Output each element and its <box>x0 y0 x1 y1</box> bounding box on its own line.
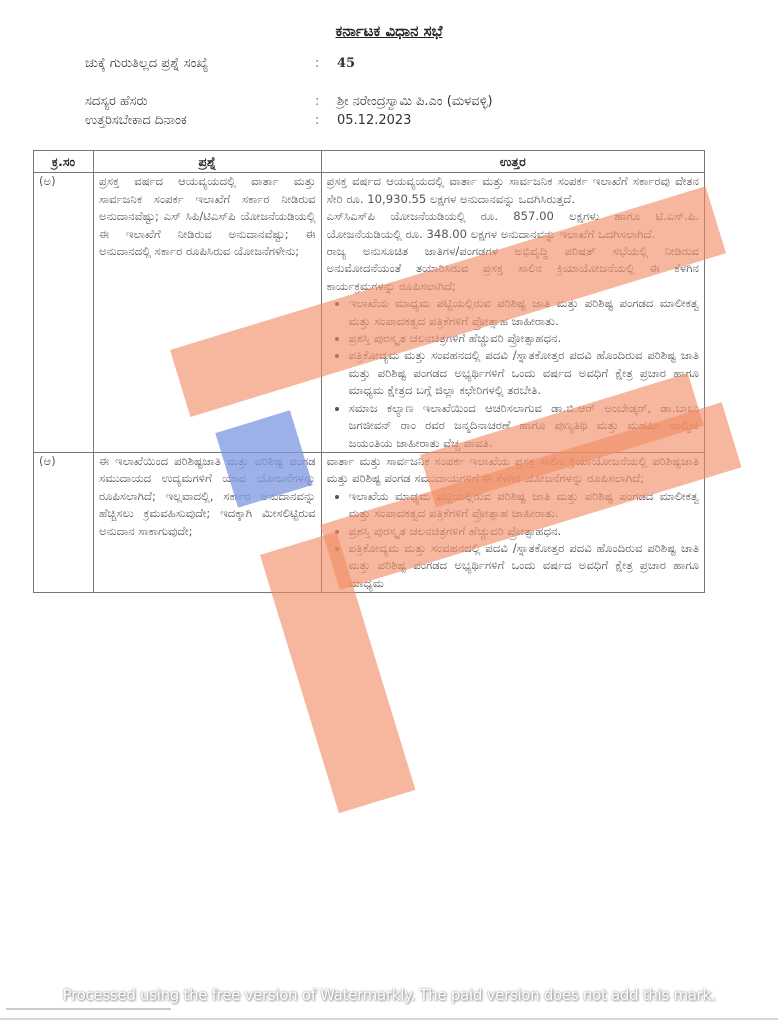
answer-paragraph: ರಾಜ್ಯ ಅನುಸೂಚಿತ ಜಾತಿಗಳ/ಪಂಗಡಗಳ ಅಭಿವೃದ್ಧಿ ಪ… <box>327 243 699 295</box>
list-item: ಪ್ರಶಸ್ತಿ ಪುರಸ್ಕೃತ ಚಲನಚಿತ್ರಗಳಿಗೆ ಹೆಚ್ಚುವರ… <box>349 523 699 540</box>
list-item: ಪ್ರಶಸ್ತಿ ಪುರಸ್ಕೃತ ಚಲನಚಿತ್ರಗಳಿಗೆ ಹೆಚ್ಚುವರ… <box>349 330 699 347</box>
watermark-footer-text: Processed using the free version of Wate… <box>0 986 778 1004</box>
row-question: ಪ್ರಸಕ್ತ ವರ್ಷದ ಆಯವ್ಯಯದಲ್ಲಿ ವಾರ್ತಾ ಮತ್ತು ಸ… <box>93 173 321 453</box>
document-title: ಕರ್ನಾಟಕ ವಿಧಾನ ಸಭೆ <box>0 22 778 40</box>
answer-bullet-list: ಇಲಾಖೆಯ ಮಾಧ್ಯಮ ಪಟ್ಟಿಯಲ್ಲಿರುವ ಪರಿಶಿಷ್ಟ ಜಾತ… <box>327 488 699 592</box>
list-item: ಪತ್ರಿಕೋದ್ಯಮ ಮತ್ತು ಸಂವಹನದಲ್ಲಿ ಪದವಿ /ಸ್ನಾತ… <box>349 540 699 592</box>
row-answer: ಪ್ರಸಕ್ತ ವರ್ಷದ ಆಯವ್ಯಯದಲ್ಲಿ ವಾರ್ತಾ ಮತ್ತು ಸ… <box>321 173 704 453</box>
meta-separator: : <box>315 113 337 128</box>
answer-paragraph: ಪ್ರಸಕ್ತ ವರ್ಷದ ಆಯವ್ಯಯದಲ್ಲಿ ವಾರ್ತಾ ಮತ್ತು ಸ… <box>327 173 699 208</box>
answer-paragraph: ವಾರ್ತಾ ಮತ್ತು ಸಾರ್ವಜನಿಕ ಸಂಪರ್ಕ ಇಲಾಖೆಯ ಪ್ರ… <box>327 453 699 488</box>
answer-bullet-list: ಇಲಾಖೆಯ ಮಾಧ್ಯಮ ಪಟ್ಟಿಯಲ್ಲಿರುವ ಪರಿಶಿಷ್ಟ ಜಾತ… <box>327 295 699 452</box>
row-question: ಈ ಇಲಾಖೆಯಿಂದ ಪರಿಶಿಷ್ಟಜಾತಿ ಮತ್ತು ಪರಿಶಿಷ್ಟ … <box>93 452 321 592</box>
meta-value: 45 <box>337 56 355 71</box>
meta-value: ಶ್ರೀ ನರೇಂದ್ರಸ್ವಾಮಿ ಪಿ.ಎಂ (ಮಳವಳ್ಳಿ) <box>337 94 493 109</box>
meta-value: 05.12.2023 <box>337 113 411 128</box>
row-sl-no: (ಆ) <box>34 452 94 592</box>
meta-separator: : <box>315 56 337 71</box>
table-row: (ಆ) ಈ ಇಲಾಖೆಯಿಂದ ಪರಿಶಿಷ್ಟಜಾತಿ ಮತ್ತು ಪರಿಶಿ… <box>34 452 705 592</box>
row-answer: ವಾರ್ತಾ ಮತ್ತು ಸಾರ್ವಜನಿಕ ಸಂಪರ್ಕ ಇಲಾಖೆಯ ಪ್ರ… <box>321 452 704 592</box>
table-row: (ಅ) ಪ್ರಸಕ್ತ ವರ್ಷದ ಆಯವ್ಯಯದಲ್ಲಿ ವಾರ್ತಾ ಮತ್… <box>34 173 705 453</box>
row-sl-no: (ಅ) <box>34 173 94 453</box>
answer-paragraph: ಎಸ್‌ಸಿಎಸ್‌ಪಿ ಯೋಜನೆಯಡಿಯಲ್ಲಿ ರೂ. 857.00 ಲಕ… <box>327 208 699 243</box>
list-item: ಇಲಾಖೆಯ ಮಾಧ್ಯಮ ಪಟ್ಟಿಯಲ್ಲಿರುವ ಪರಿಶಿಷ್ಟ ಜಾತ… <box>349 488 699 523</box>
question-answer-table: ಕ್ರ.ಸಂ ಪ್ರಶ್ನೆ ಉತ್ತರ (ಅ) ಪ್ರಸಕ್ತ ವರ್ಷದ ಆ… <box>33 150 705 593</box>
page-bottom-divider <box>0 1018 778 1020</box>
header-answer: ಉತ್ತರ <box>321 151 704 173</box>
list-item: ಪತ್ರಿಕೋದ್ಯಮ ಮತ್ತು ಸಂವಹನದಲ್ಲಿ ಪದವಿ /ಸ್ನಾತ… <box>349 347 699 399</box>
list-item: ಇಲಾಖೆಯ ಮಾಧ್ಯಮ ಪಟ್ಟಿಯಲ್ಲಿರುವ ಪರಿಶಿಷ್ಟ ಜಾತ… <box>349 295 699 330</box>
meta-answer-date: ಉತ್ತರಿಸಬೇಕಾದ ದಿನಾಂಕ:05.12.2023 <box>85 113 411 128</box>
meta-label: ಉತ್ತರಿಸಬೇಕಾದ ದಿನಾಂಕ <box>85 113 315 128</box>
table-header-row: ಕ್ರ.ಸಂ ಪ್ರಶ್ನೆ ಉತ್ತರ <box>34 151 705 173</box>
meta-question-number: ಚುಕ್ಕೆ ಗುರುತಿಲ್ಲದ ಪ್ರಶ್ನೆ ಸಂಖ್ಯೆ:45 <box>85 56 355 71</box>
meta-member-name: ಸದಸ್ಯರ ಹೆಸರು:ಶ್ರೀ ನರೇಂದ್ರಸ್ವಾಮಿ ಪಿ.ಎಂ (ಮ… <box>85 94 493 109</box>
meta-separator: : <box>315 94 337 109</box>
meta-label: ಸದಸ್ಯರ ಹೆಸರು <box>85 94 315 109</box>
meta-label: ಚುಕ್ಕೆ ಗುರುತಿಲ್ಲದ ಪ್ರಶ್ನೆ ಸಂಖ್ಯೆ <box>85 56 315 71</box>
header-question: ಪ್ರಶ್ನೆ <box>93 151 321 173</box>
footer-scribble <box>6 1008 171 1010</box>
header-sl-no: ಕ್ರ.ಸಂ <box>34 151 94 173</box>
list-item: ಸಮಾಜ ಕಲ್ಯಾಣ ಇಲಾಖೆಯಿಂದ ಆಚರಿಸಲಾಗುವ ಡಾ.ಬಿ.ಆ… <box>349 400 699 452</box>
